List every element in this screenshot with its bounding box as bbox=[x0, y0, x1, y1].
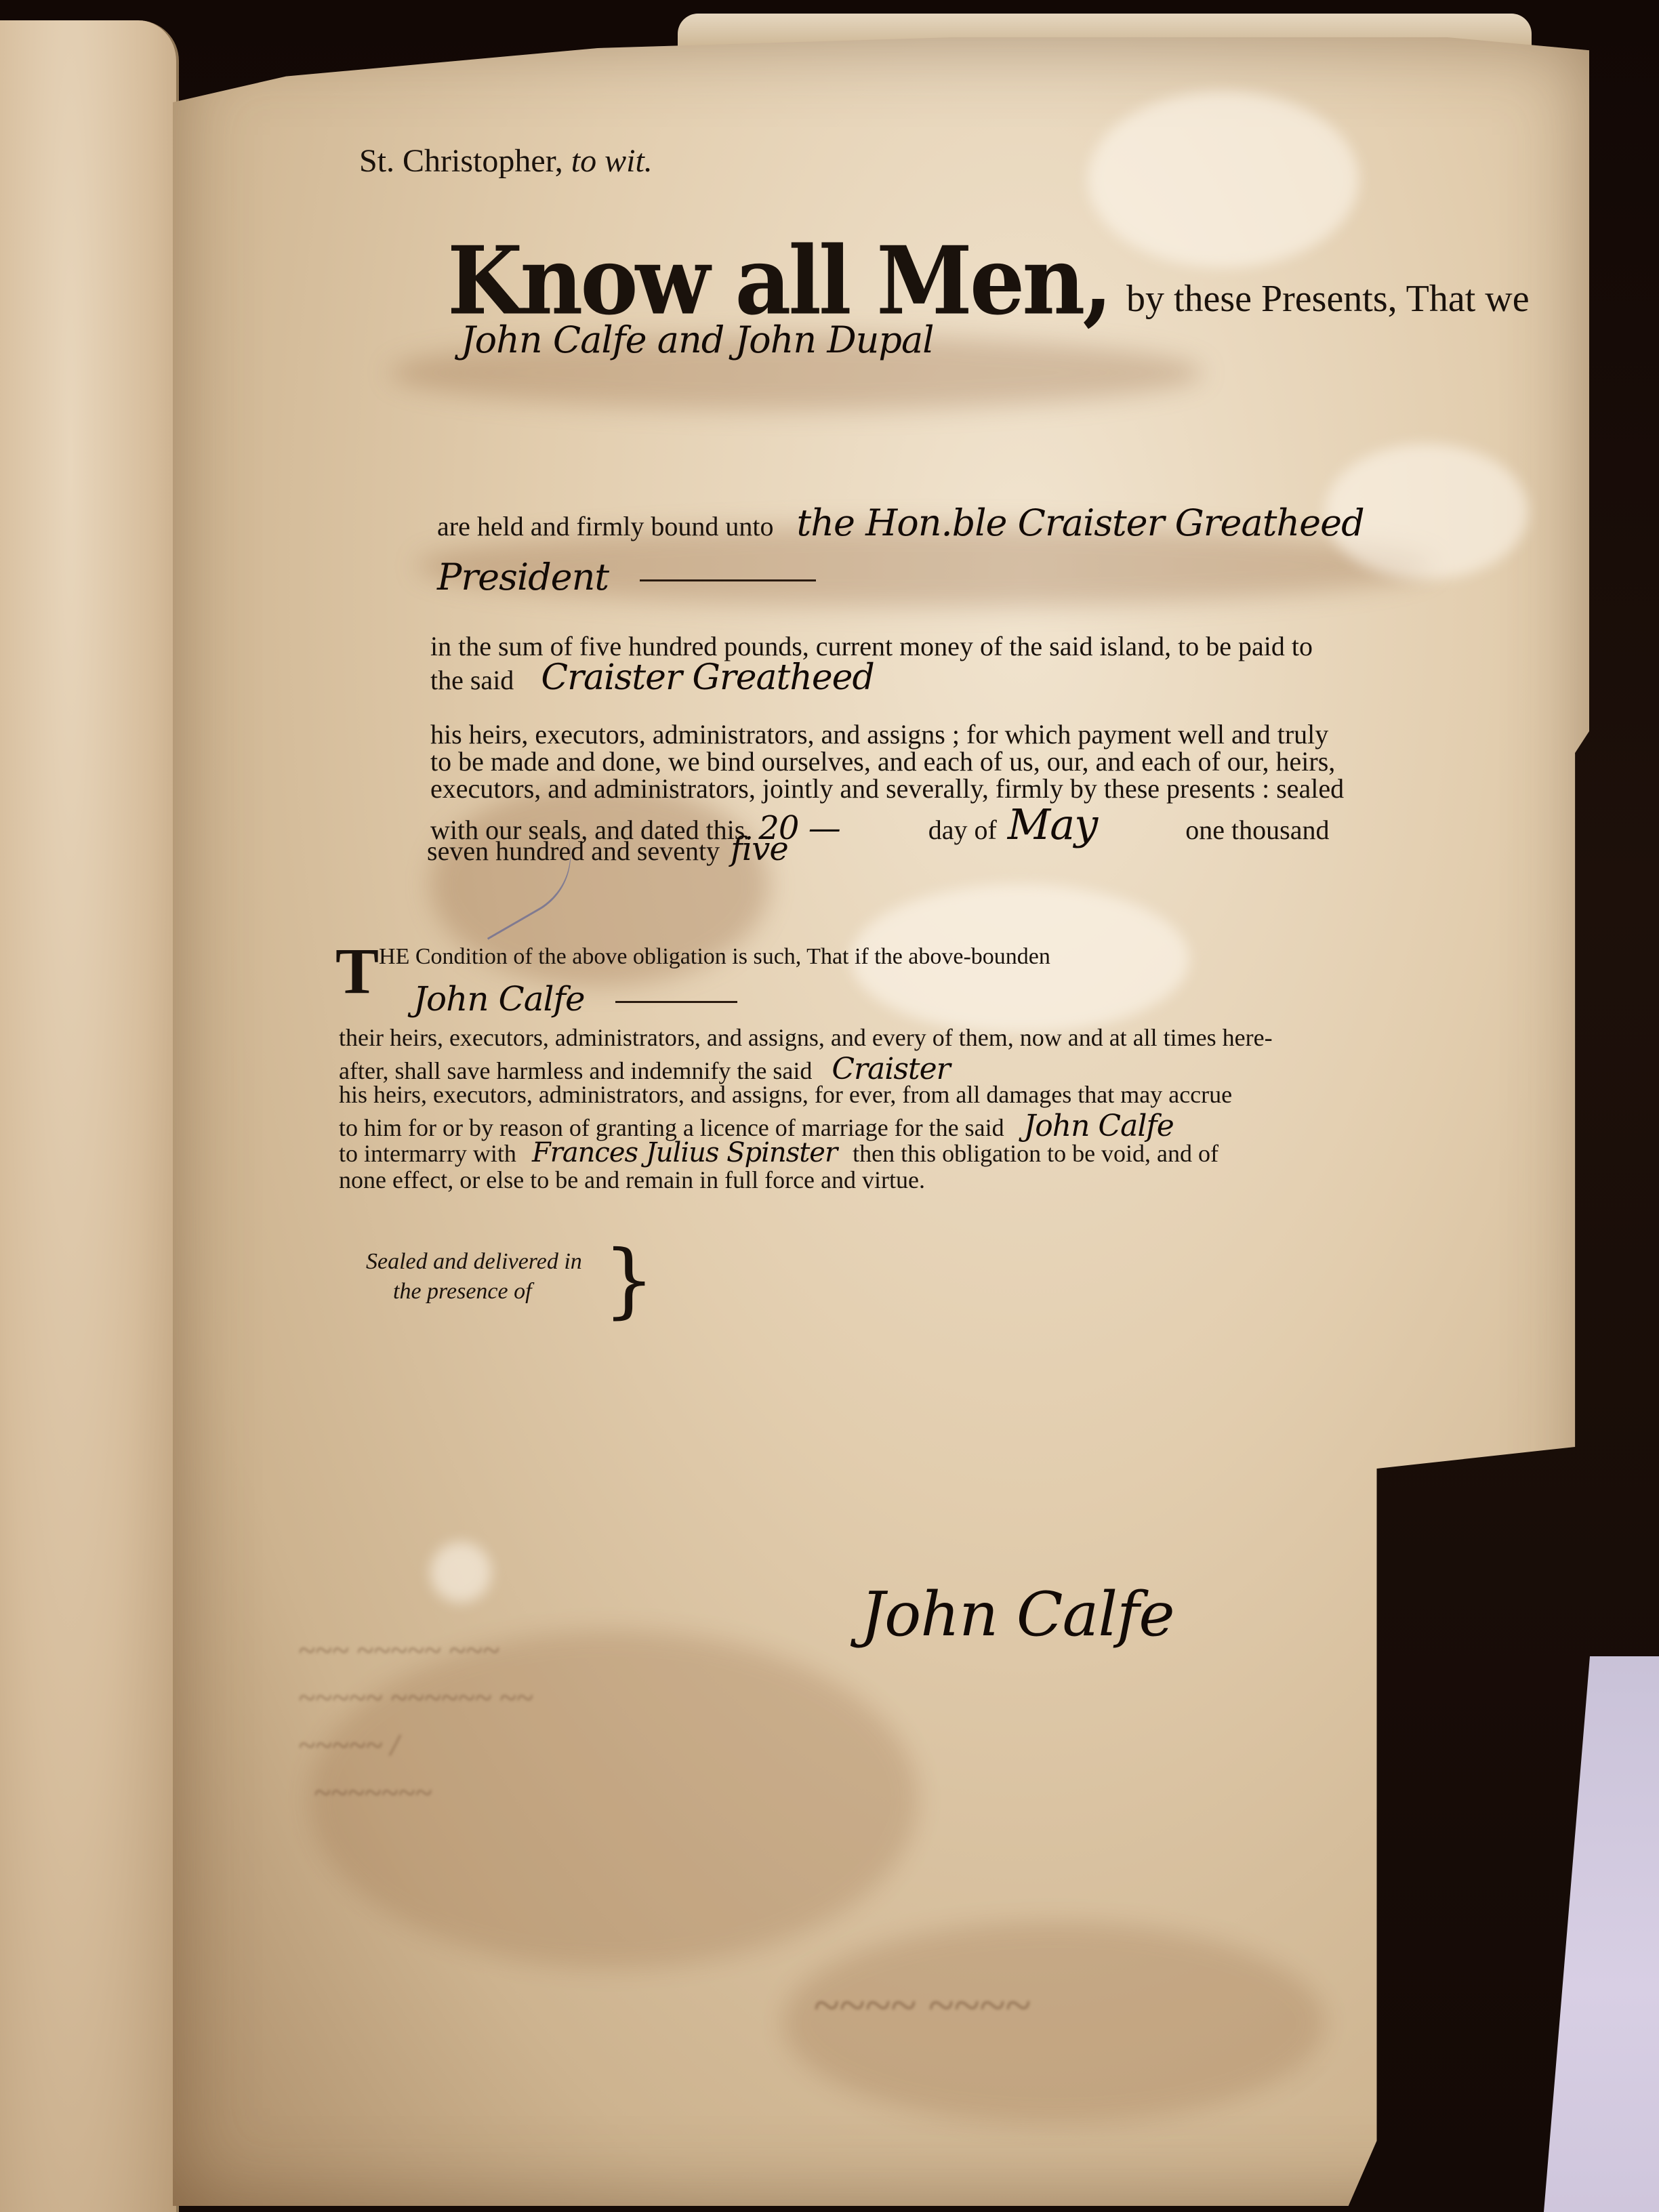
obligee-title-line: President bbox=[437, 556, 816, 598]
foxing-spot bbox=[430, 1542, 491, 1603]
blank-rule bbox=[640, 579, 816, 581]
bounden-line: John Calfe bbox=[413, 979, 737, 1019]
condition-line-2: their heirs, executors, administrators, … bbox=[339, 1023, 1273, 1052]
void-clause: then this obligation to be void, and of bbox=[853, 1140, 1218, 1167]
place-name: St. Christopher, bbox=[359, 143, 563, 179]
bond-title: Know all Men, by these Presents, That we bbox=[447, 230, 1530, 332]
year-handwritten: five bbox=[731, 830, 788, 868]
payee-handwritten: Craister Greatheed bbox=[541, 657, 874, 698]
title-continuation: by these Presents, That we bbox=[1126, 278, 1530, 320]
blank-rule bbox=[615, 1001, 737, 1003]
condition-line-7: none effect, or else to be and remain in… bbox=[339, 1166, 925, 1194]
signature-john-calfe: John Calfe bbox=[861, 1579, 1174, 1650]
drop-cap: T bbox=[335, 935, 379, 1007]
attestation-brace: } bbox=[603, 1233, 655, 1328]
condition-opening: HE Condition of the above obligation is … bbox=[379, 944, 1050, 969]
facing-page-left bbox=[0, 20, 179, 2212]
condition-line-6: to intermarry with Frances Julius Spinst… bbox=[339, 1137, 1218, 1168]
attestation-line-2: the presence of bbox=[366, 1277, 582, 1307]
obligee-title-handwritten: President bbox=[437, 556, 609, 598]
obligors-handwritten: John Calfe and John Dupal bbox=[461, 319, 933, 361]
bounden-handwritten: John Calfe bbox=[413, 979, 585, 1019]
bound-unto-printed: are held and firmly bound unto bbox=[437, 511, 774, 541]
said-line: the said Craister Greatheed bbox=[430, 657, 874, 698]
attestation-line-1: Sealed and delivered in bbox=[366, 1247, 582, 1277]
condition-line-4: his heirs, executors, administrators, an… bbox=[339, 1080, 1232, 1109]
seven-hundred-seventy: seven hundred and seventy bbox=[427, 836, 720, 866]
date-line-2: seven hundred and seventy five bbox=[427, 830, 788, 868]
day-of: day of bbox=[928, 815, 997, 845]
attestation-block: Sealed and delivered in the presence of bbox=[366, 1247, 582, 1307]
bound-unto-line: are held and firmly bound unto the Hon.b… bbox=[437, 501, 1364, 544]
intermarry-printed: to intermarry with bbox=[339, 1140, 516, 1167]
bleedthrough-writing: ~~~ ~~~~~ ~~~ ~~~~~ ~~~~~~ ~~ ~~~~~ / ~~… bbox=[298, 1626, 533, 1816]
one-thousand: one thousand bbox=[1185, 815, 1329, 845]
bleedthrough-signature: ~~~~ ~~~~ bbox=[813, 1979, 1030, 2033]
said-printed: the said bbox=[430, 665, 514, 695]
bride-handwritten: Frances Julius Spinster bbox=[532, 1137, 837, 1168]
month-handwritten: May bbox=[1008, 800, 1097, 849]
obligee-handwritten: the Hon.ble Craister Greatheed bbox=[797, 501, 1364, 544]
place-heading: St. Christopher, to wit. bbox=[359, 142, 653, 180]
to-wit: to wit. bbox=[571, 143, 653, 179]
